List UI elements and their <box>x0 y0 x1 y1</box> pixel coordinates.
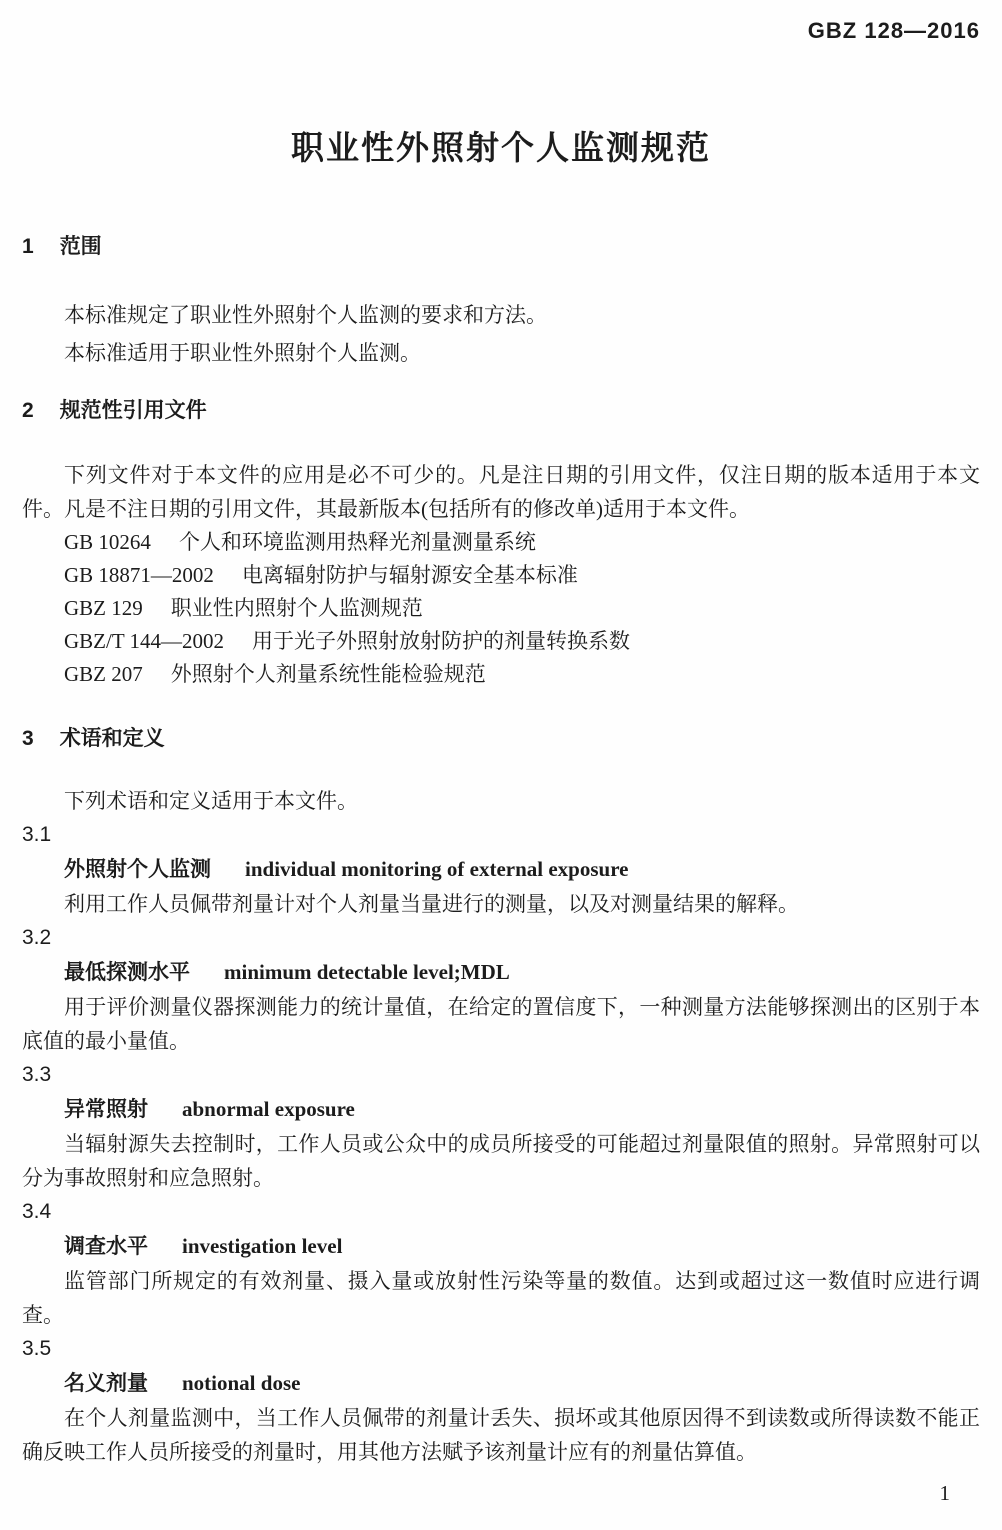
section-1-number: 1 <box>22 234 34 260</box>
term-chinese: 异常照射 <box>64 1098 148 1121</box>
standard-number: GBZ 128—2016 <box>22 0 980 44</box>
reference-item: GBZ 207外照射个人剂量系统性能检验规范 <box>22 658 980 691</box>
term-heading: 外照射个人监测individual monitoring of external… <box>22 852 980 887</box>
reference-code: GBZ 207 <box>64 662 143 686</box>
term-definition: 在个人剂量监测中，当工作人员佩带的剂量计丢失、损坏或其他原因得不到读数或所得读数… <box>22 1401 980 1469</box>
term-english: notional dose <box>182 1371 300 1395</box>
document-page: GBZ 128—2016 职业性外照射个人监测规范 1范围 本标准规定了职业性外… <box>0 0 1002 1530</box>
section-3-intro: 下列术语和定义适用于本文件。 <box>22 784 980 818</box>
term-id: 3.4 <box>22 1195 980 1229</box>
section-3-heading: 3术语和定义 <box>22 726 980 752</box>
section-1-heading: 1范围 <box>22 234 980 260</box>
term-id: 3.5 <box>22 1332 980 1366</box>
term-heading: 调查水平investigation level <box>22 1229 980 1264</box>
term-chinese: 调查水平 <box>64 1235 148 1258</box>
reference-title: 职业性内照射个人监测规范 <box>171 596 423 620</box>
term-id: 3.2 <box>22 921 980 955</box>
section-1-paragraph: 本标准规定了职业性外照射个人监测的要求和方法。 <box>22 296 980 334</box>
term-id: 3.1 <box>22 818 980 852</box>
section-1-paragraph: 本标准适用于职业性外照射个人监测。 <box>22 334 980 372</box>
term-chinese: 名义剂量 <box>64 1372 148 1395</box>
term-english: investigation level <box>182 1234 342 1258</box>
reference-title: 用于光子外照射放射防护的剂量转换系数 <box>252 629 630 653</box>
section-2-paragraph: 下列文件对于本文件的应用是必不可少的。凡是注日期的引用文件，仅注日期的版本适用于… <box>22 458 980 526</box>
term-chinese: 最低探测水平 <box>64 961 190 984</box>
term-chinese: 外照射个人监测 <box>64 858 211 881</box>
term-definition: 当辐射源失去控制时，工作人员或公众中的成员所接受的可能超过剂量限值的照射。异常照… <box>22 1127 980 1195</box>
section-2-title: 规范性引用文件 <box>60 399 207 422</box>
reference-item: GB 18871—2002电离辐射防护与辐射源安全基本标准 <box>22 559 980 592</box>
section-3-number: 3 <box>22 726 34 752</box>
reference-item: GBZ/T 144—2002用于光子外照射放射防护的剂量转换系数 <box>22 625 980 658</box>
term-heading: 最低探测水平minimum detectable level;MDL <box>22 955 980 990</box>
reference-code: GBZ/T 144—2002 <box>64 629 224 653</box>
term-definition: 利用工作人员佩带剂量计对个人剂量当量进行的测量，以及对测量结果的解释。 <box>22 887 980 921</box>
reference-title: 外照射个人剂量系统性能检验规范 <box>171 662 486 686</box>
term-english: abnormal exposure <box>182 1097 355 1121</box>
term-definition: 监管部门所规定的有效剂量、摄入量或放射性污染等量的数值。达到或超过这一数值时应进… <box>22 1264 980 1332</box>
section-2-number: 2 <box>22 398 34 424</box>
section-2-heading: 2规范性引用文件 <box>22 398 980 424</box>
reference-title: 电离辐射防护与辐射源安全基本标准 <box>242 563 578 587</box>
reference-code: GB 10264 <box>64 530 151 554</box>
section-3-title: 术语和定义 <box>60 727 165 750</box>
term-english: minimum detectable level;MDL <box>224 960 510 984</box>
document-title: 职业性外照射个人监测规范 <box>22 128 980 168</box>
section-1-title: 范围 <box>60 235 102 258</box>
term-english: individual monitoring of external exposu… <box>245 857 628 881</box>
term-heading: 名义剂量notional dose <box>22 1366 980 1401</box>
reference-code: GB 18871—2002 <box>64 563 214 587</box>
page-number: 1 <box>940 1480 951 1506</box>
term-heading: 异常照射abnormal exposure <box>22 1092 980 1127</box>
term-definition: 用于评价测量仪器探测能力的统计量值，在给定的置信度下，一种测量方法能够探测出的区… <box>22 990 980 1058</box>
reference-code: GBZ 129 <box>64 596 143 620</box>
reference-title: 个人和环境监测用热释光剂量测量系统 <box>179 530 536 554</box>
term-id: 3.3 <box>22 1058 980 1092</box>
reference-item: GBZ 129职业性内照射个人监测规范 <box>22 592 980 625</box>
reference-item: GB 10264个人和环境监测用热释光剂量测量系统 <box>22 526 980 559</box>
